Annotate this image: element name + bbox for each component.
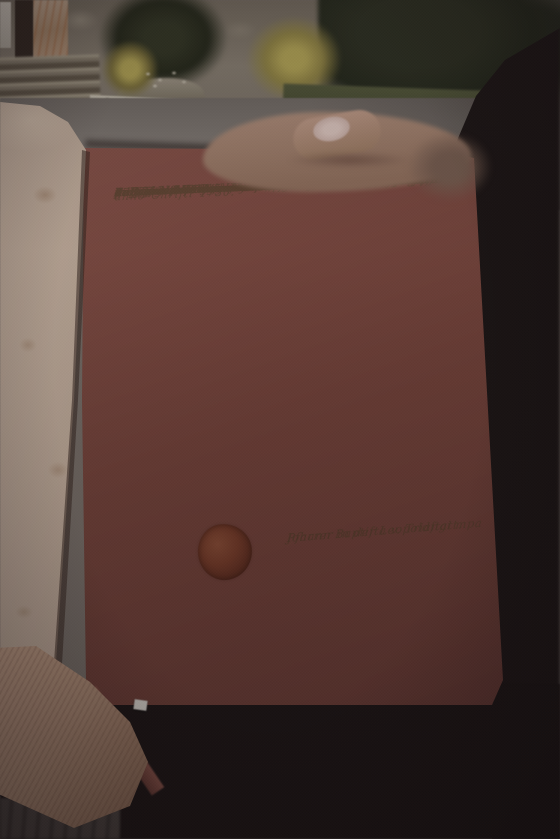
photo-manuscript-in-hands: Grundtbüenten Zeilund Atteſtire hiemit, …	[0, 0, 560, 839]
light-post	[0, 2, 11, 48]
dark-post	[15, 0, 33, 64]
hand-holding-bottom	[0, 640, 174, 839]
white-flowers	[140, 64, 194, 94]
book-clasp-glint	[133, 699, 147, 711]
hand-top-crease	[287, 152, 412, 168]
hand-holding-top	[195, 104, 490, 208]
hand-bottom-heel	[0, 640, 164, 835]
hand-top-shadowed-finger	[407, 132, 492, 202]
